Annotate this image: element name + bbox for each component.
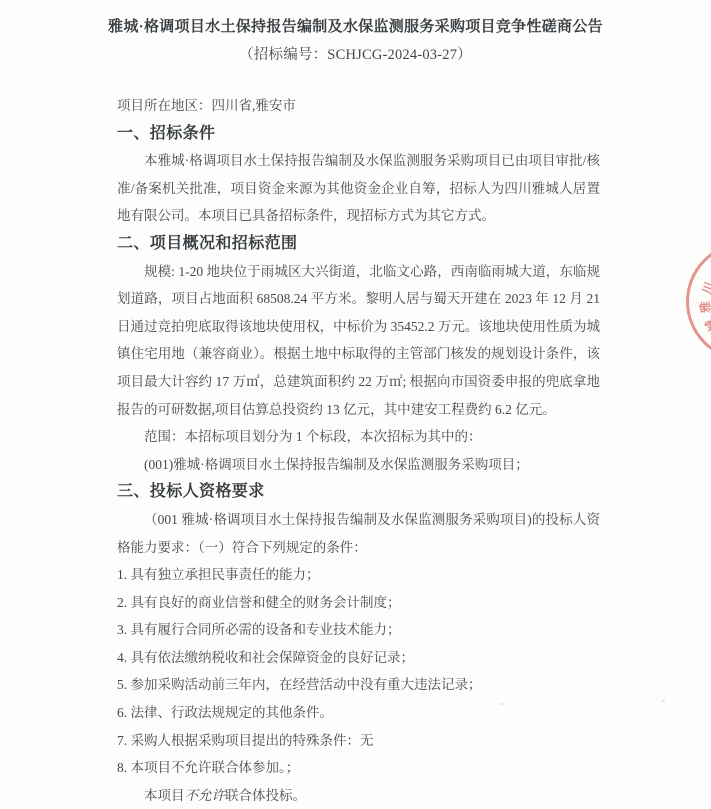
seal-character: 雅 bbox=[696, 300, 711, 313]
document-body: 项目所在地区：四川省,雅安市 一、招标条件 本雅城·格调项目水土保持报告编制及水… bbox=[117, 92, 600, 809]
document-title: 雅城·格调项目水土保持报告编制及水保监测服务采购项目竞争性磋商公告 bbox=[0, 13, 711, 41]
title-block: 雅城·格调项目水土保持报告编制及水保监测服务采购项目竞争性磋商公告 （招标编号：… bbox=[0, 13, 711, 70]
scanned-announcement-page: 雅城·格调项目水土保持报告编制及水保监测服务采购项目竞争性磋商公告 （招标编号：… bbox=[0, 0, 711, 809]
joint-bid-note-suffix: 联合体投标。 bbox=[225, 788, 306, 803]
project-location-line: 项目所在地区：四川省,雅安市 bbox=[117, 92, 600, 120]
section2-lot-line: (001)雅城·格调项目水土保持报告编制及水保监测服务采购项目； bbox=[117, 451, 600, 479]
qualification-item-8: 8. 本项目不允许联合体参加。； bbox=[117, 754, 600, 782]
section3-intro-paragraph: （001 雅城·格调项目水土保持报告编制及水保监测服务采购项目)的投标人资格能力… bbox=[117, 506, 600, 561]
qualification-item-5: 5. 参加采购活动前三年内，在经营活动中没有重大违法记录； bbox=[117, 671, 600, 699]
seal-character: 城 bbox=[701, 316, 711, 335]
section3-heading: 三、投标人资格要求 bbox=[117, 478, 600, 506]
section2-scope-line: 范围：本招标项目划分为 1 个标段，本次招标为其中的： bbox=[117, 423, 600, 451]
joint-bid-note-emphasis: 不允许 bbox=[185, 788, 226, 803]
bid-number-line: （招标编号：SCHJCG-2024-03-27） bbox=[0, 41, 711, 70]
section1-heading: 一、招标条件 bbox=[117, 120, 600, 148]
seal-character: 川 bbox=[698, 279, 711, 296]
section1-paragraph: 本雅城·格调项目水土保持报告编制及水保监测服务采购项目已由项目审批/核准/备案机… bbox=[117, 147, 600, 230]
official-seal-stamp-icon: 四 川 雅 城 人 bbox=[686, 242, 711, 361]
qualification-item-4: 4. 具有依法缴纳税收和社会保障资金的良好记录； bbox=[117, 644, 600, 672]
qualification-item-3: 3. 具有履行合同所必需的设备和专业技术能力； bbox=[117, 616, 600, 644]
scan-speck bbox=[662, 700, 665, 702]
joint-bid-note: 本项目不允许联合体投标。 bbox=[117, 782, 600, 809]
qualification-item-6: 6. 法律、行政法规规定的其他条件。 bbox=[117, 699, 600, 727]
qualification-item-2: 2. 具有良好的商业信誉和健全的财务会计制度； bbox=[117, 589, 600, 617]
qualification-item-7: 7. 采购人根据采购项目提出的特殊条件：无 bbox=[117, 727, 600, 755]
scan-speck bbox=[500, 703, 503, 705]
joint-bid-note-prefix: 本项目 bbox=[144, 788, 185, 803]
section2-heading: 二、项目概况和招标范围 bbox=[117, 230, 600, 258]
section2-scale-paragraph: 规模: 1-20 地块位于雨城区大兴街道，北临文心路，西南临雨城大道，东临规划道… bbox=[117, 258, 600, 424]
qualification-item-1: 1. 具有独立承担民事责任的能力； bbox=[117, 561, 600, 589]
